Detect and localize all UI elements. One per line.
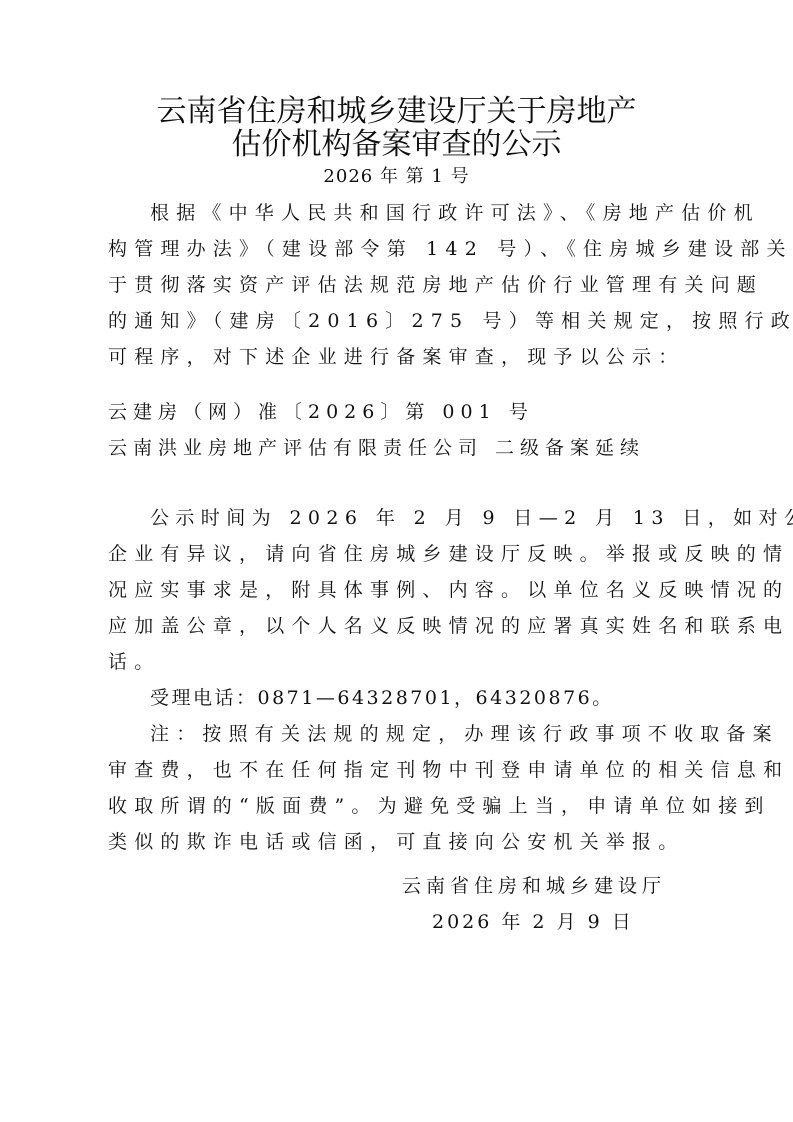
filing-number: 云建房（网）准〔2026〕第 001 号 (108, 394, 534, 430)
intro-line-4: 的通知》（建房〔2016〕275 号）等相关规定，按照行政许 (108, 303, 793, 339)
hotline: 受理电话：0871—64328701，64320876。 (150, 680, 614, 716)
notice-line-1: 公示时间为 2026 年 2 月 9 日—2 月 13 日，如对公示的 (150, 500, 793, 536)
intro-line-2: 构管理办法》（建设部令第 142 号）、《住房城乡建设部关 (108, 231, 793, 267)
note-line-1: 注：按照有关法规的规定，办理该行政事项不收取备案 (150, 716, 779, 752)
filing-company: 云南洪业房地产评估有限责任公司 二级备案延续 (108, 430, 645, 466)
note-line-3: 收取所谓的“版面费”。为避免受骗上当，申请单位如接到 (108, 788, 771, 824)
notice-line-4: 应加盖公章，以个人名义反映情况的应署真实姓名和联系电 (108, 608, 789, 644)
issue-date: 2026 年 2 月 9 日 (432, 904, 634, 940)
issuer-name: 云南省住房和城乡建设厅 (402, 868, 666, 904)
note-line-4: 类似的欺诈电话或信函，可直接向公安机关举报。 (108, 824, 684, 860)
document-title-line-2: 估价机构备案审查的公示 (0, 129, 793, 161)
document-page: 云南省住房和城乡建设厅关于房地产 估价机构备案审查的公示 2026 年 第 1 … (0, 0, 793, 1122)
document-title-line-1: 云南省住房和城乡建设厅关于房地产 (0, 96, 793, 128)
notice-line-5: 话。 (108, 644, 160, 680)
intro-line-1: 根据《中华人民共和国行政许可法》、《房地产估价机 (150, 195, 760, 231)
notice-line-3: 况应实事求是，附具体事例、内容。以单位名义反映情况的 (108, 572, 789, 608)
intro-line-5: 可程序，对下述企业进行备案审查，现予以公示： (108, 339, 684, 375)
note-line-2: 审查费，也不在任何指定刊物中刊登申请单位的相关信息和 (108, 752, 789, 788)
intro-line-3: 于贯彻落实资产评估法规范房地产估价行业管理有关问题 (108, 267, 763, 303)
notice-line-2: 企业有异议，请向省住房城乡建设厅反映。举报或反映的情 (108, 536, 789, 572)
document-number: 2026 年 第 1 号 (0, 165, 793, 189)
